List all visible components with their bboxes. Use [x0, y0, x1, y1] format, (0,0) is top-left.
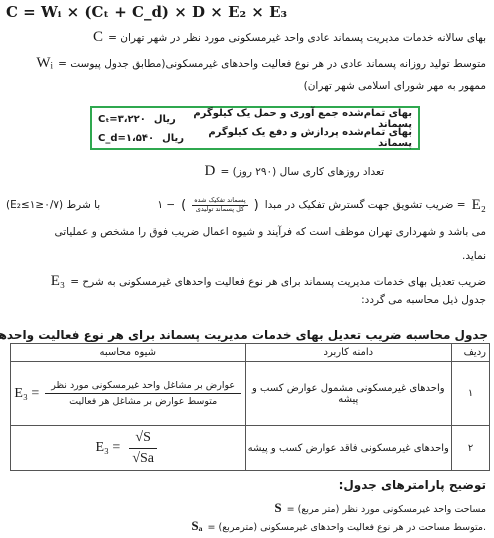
symbol-e2: E₂ [472, 197, 486, 214]
paren-open: ( [254, 198, 259, 213]
definition-e3: E₃ = ضریب تعدیل بهای خدمات مدیریت پسماند… [51, 270, 486, 290]
definition-d: D = تعداد روزهای کاری سال (۲۹۰ روز) [205, 160, 384, 180]
symbol-d: D [205, 163, 216, 179]
symbol-e3: E₃ [51, 273, 65, 289]
cost-highlight-box: بهای تمام‌شده جمع آوری و حمل یک کیلوگرم … [90, 106, 420, 150]
collection-cost-row: بهای تمام‌شده جمع آوری و حمل یک کیلوگرم … [98, 110, 412, 128]
e2-condition: با شرط (۰/۷≤E₂≤۱) [6, 199, 100, 211]
symbol-sa: Sₐ [191, 518, 202, 533]
equation-numerator: عوارض بر مشاغل واحد غیرمسکونی مورد نظر [45, 378, 241, 394]
definition-e3-cont: جدول ذیل محاسبه می گردد: [361, 294, 486, 306]
parameter-s-text: = مساحت واحد غیرمسکونی مورد نظر (متر مرب… [287, 504, 486, 515]
definition-wi-text: = متوسط تولید روزانه پسماند عادی در هر ن… [58, 58, 486, 70]
equation-lhs: E₃ = [14, 386, 39, 402]
disposal-cost-unit: ریال [162, 133, 184, 144]
definition-e2: E₂ = ضریب تشویق جهت گسترش تفکیک در مبدا … [6, 190, 486, 220]
table-row: ۲ واحدهای غیرمسکونی فاقد عوارض کسب و پیش… [11, 426, 490, 471]
adjustment-table: ردیف دامنه کاربرد شیوه محاسبه ۱ واحدهای … [10, 343, 490, 471]
collection-cost-unit: ریال [154, 114, 176, 125]
table-title: جدول محاسبه ضریب تعدیل بهای خدمات مدیریت… [18, 328, 488, 342]
parameter-sa-text: = متوسط مساحت در هر نوع فعالیت واحدهای غ… [208, 522, 487, 533]
definition-wi-cont: ممهور به مهر شورای اسلامی شهر تهران) [304, 80, 486, 92]
equation-fraction: عوارض بر مشاغل واحد غیرمسکونی مورد نظر م… [45, 378, 241, 409]
definition-c-text: = بهای سالانه خدمات مدیریت پسماند عادی و… [108, 32, 486, 44]
header-index: ردیف [452, 344, 490, 362]
header-scope: دامنه کاربرد [245, 344, 452, 362]
e2-fraction: پسماند تفکیک شده کل پسماند تولیدی [192, 197, 247, 212]
definition-d-text: = تعداد روزهای کاری سال (۲۹۰ روز) [220, 166, 384, 178]
equation-fraction: √S √Sa [126, 428, 160, 469]
method-equation: E₃ = √S √Sa [96, 428, 161, 469]
main-formula: C = Wᵢ × (Cₜ + C_d) × D × E₂ × E₃ [6, 3, 287, 21]
equation-denominator: √Sa [126, 449, 160, 469]
disposal-cost-label: بهای تمام‌شده پردازش و دفع یک کیلوگرم پس… [184, 127, 412, 149]
parameter-s: S = مساحت واحد غیرمسکونی مورد نظر (متر م… [274, 497, 486, 516]
row-scope: واحدهای غیرمسکونی فاقد عوارض کسب و پیشه [245, 426, 452, 471]
paren-close: ) [181, 198, 186, 213]
equation-numerator: √S [129, 428, 156, 449]
equation-lhs: E₃ = [96, 440, 121, 456]
row-index: ۱ [452, 362, 490, 426]
parameter-sa: Sₐ = متوسط مساحت در هر نوع فعالیت واحدها… [191, 515, 486, 534]
collection-cost-value: Cₜ=۳،۲۲۰ [98, 114, 146, 125]
row-method: E₃ = عوارض بر مشاغل واحد غیرمسکونی مورد … [11, 362, 246, 426]
row-scope: واحدهای غیرمسکونی مشمول عوارض کسب و پیشه [245, 362, 452, 426]
table-row: ۱ واحدهای غیرمسکونی مشمول عوارض کسب و پی… [11, 362, 490, 426]
method-equation: E₃ = عوارض بر مشاغل واحد غیرمسکونی مورد … [14, 378, 241, 409]
disposal-cost-value: C_d=۱،۵۴۰ [98, 133, 154, 144]
definition-e2-cont2: نماید. [462, 250, 486, 262]
symbol-c: C [93, 29, 103, 45]
definition-wi: Wᵢ = متوسط تولید روزانه پسماند عادی در ه… [36, 52, 486, 72]
definition-e2-text: = ضریب تشویق جهت گسترش تفکیک در مبدا [265, 199, 466, 211]
row-index: ۲ [452, 426, 490, 471]
header-method: شیوه محاسبه [11, 344, 246, 362]
definition-e3-text: = ضریب تعدیل بهای خدمات مدیریت پسماند بر… [70, 276, 486, 288]
e2-fraction-denominator: کل پسماند تولیدی [196, 206, 244, 213]
disposal-cost-row: بهای تمام‌شده پردازش و دفع یک کیلوگرم پس… [98, 129, 412, 147]
definition-c: C = بهای سالانه خدمات مدیریت پسماند عادی… [93, 26, 486, 46]
table-header-row: ردیف دامنه کاربرد شیوه محاسبه [11, 344, 490, 362]
equation-denominator: متوسط عوارض بر مشاغل هر فعالیت [63, 394, 223, 409]
one-minus: ۱ − [157, 199, 175, 211]
row-method: E₃ = √S √Sa [11, 426, 246, 471]
parameters-title: توضیح پارامترهای جدول: [339, 478, 486, 492]
definition-e2-cont1: می باشد و شهرداری تهران موظف است که فرآی… [55, 226, 487, 238]
symbol-s: S [274, 500, 281, 515]
symbol-wi: Wᵢ [36, 55, 53, 71]
